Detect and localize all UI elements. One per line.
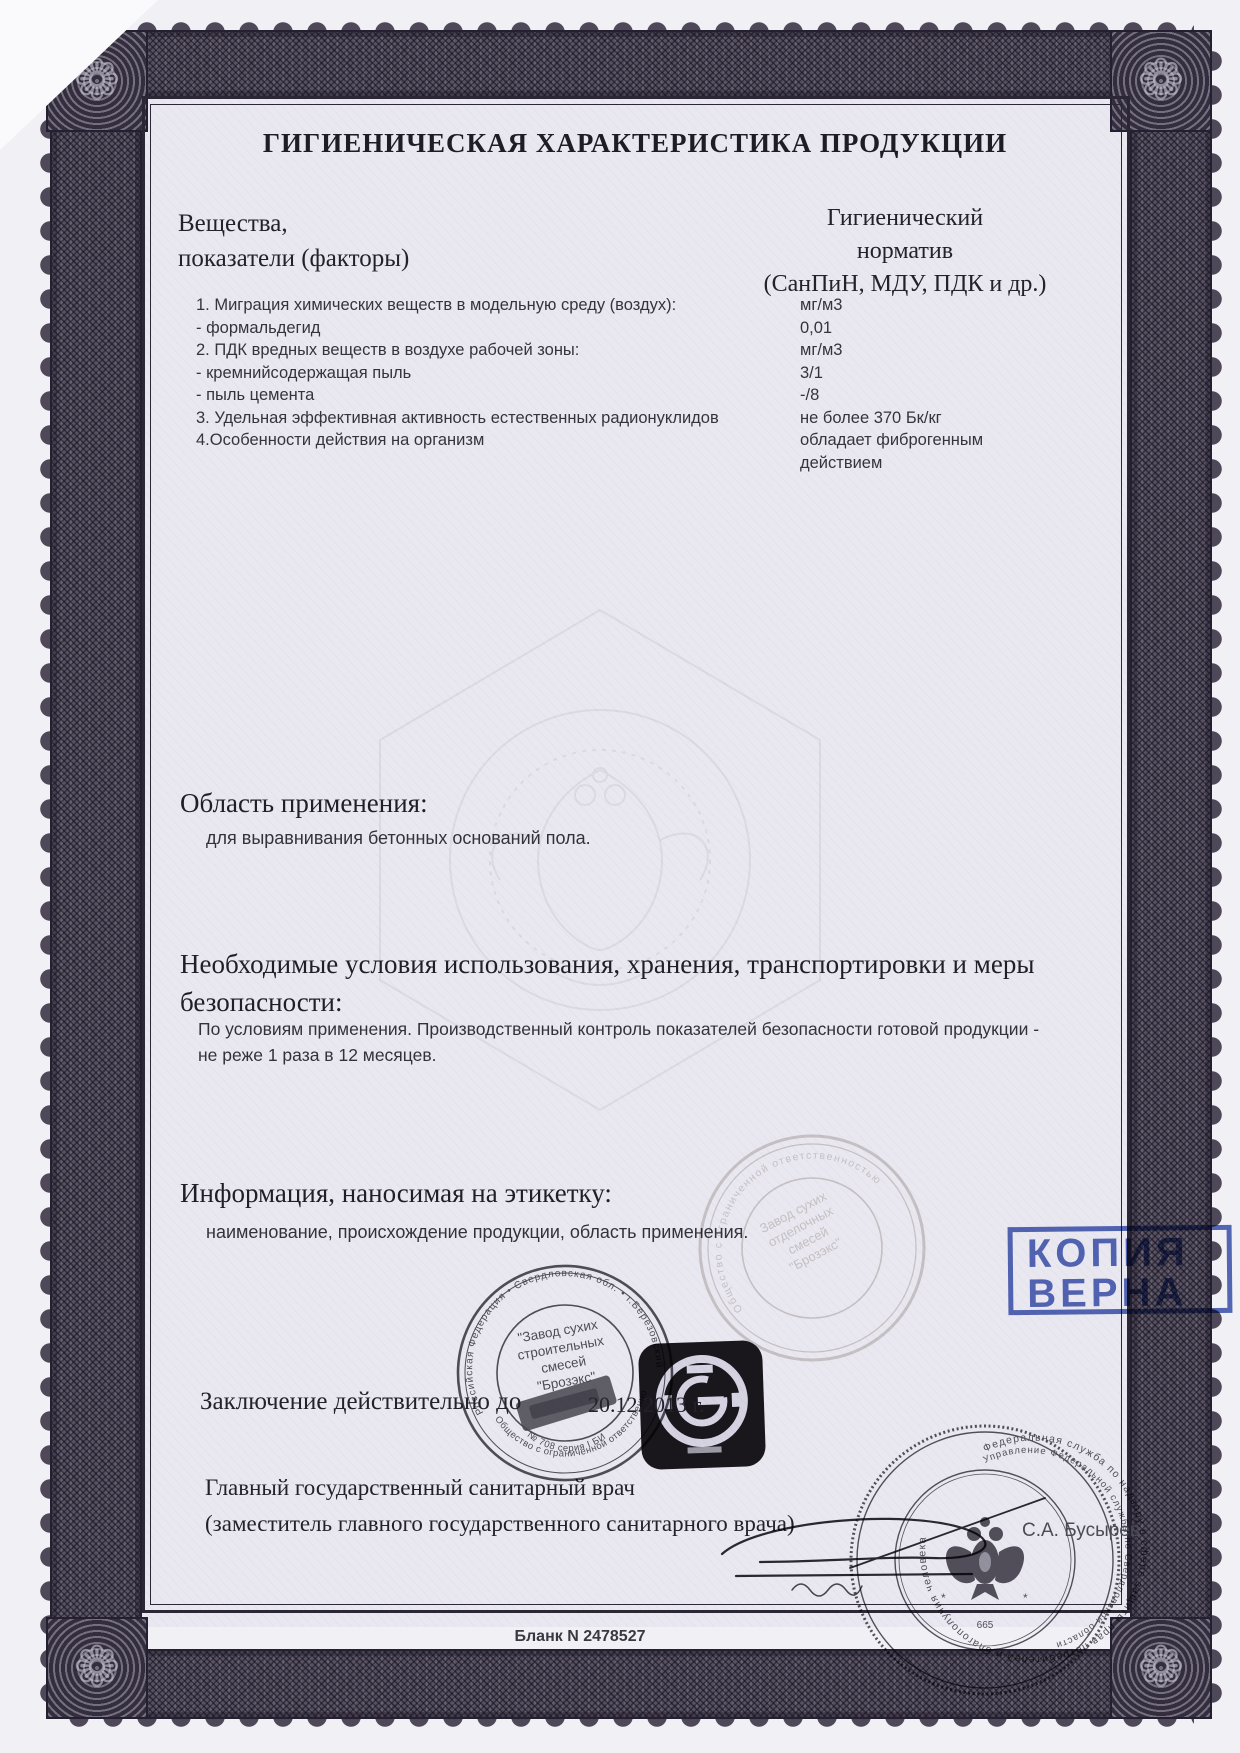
table-row: 3. Удельная эффективная активность естес… (196, 407, 1112, 430)
border-band-left (50, 30, 142, 1719)
substance-item: 3. Удельная эффективная активность естес… (196, 407, 800, 430)
border-band-top (46, 30, 1208, 98)
table-row: 1. Миграция химических веществ в модельн… (196, 294, 1112, 317)
section-conditions-heading: Необходимые условия использования, хране… (180, 945, 1090, 1021)
table-row: 4.Особенности действия на организм облад… (196, 429, 1112, 474)
border-scallop-bottom (62, 1717, 1194, 1731)
border-scallop-right (1212, 44, 1226, 1705)
copy-stamp-line2: ВЕРНА (1027, 1272, 1227, 1314)
substance-item: 2. ПДК вредных веществ в воздухе рабочей… (196, 339, 800, 362)
substance-item: - кремнийсодержащая пыль (196, 362, 800, 385)
column-header-standard: Гигиенический норматив (СанПиН, МДУ, ПДК… (700, 202, 1110, 301)
handwritten-signature (700, 1492, 1060, 1612)
table-row: - формальдегид 0,01 (196, 317, 1112, 340)
substance-item: 4.Особенности действия на организм (196, 429, 800, 474)
conclusion-valid-until-date: 20.12.2013 г. (588, 1392, 705, 1418)
section-application-heading: Область применения: (180, 788, 428, 819)
table-row: - кремнийсодержащая пыль 3/1 (196, 362, 1112, 385)
standard-value: не более 370 Бк/кг (800, 407, 1028, 430)
standard-value: обладает фиброгенным действием (800, 429, 1028, 474)
section-label-info-heading: Информация, наносимая на этикетку: (180, 1178, 612, 1209)
section-application-body: для выравнивания бетонных оснований пола… (206, 828, 591, 849)
standard-value: мг/м3 (800, 339, 1028, 362)
border-scallop-left (36, 44, 50, 1705)
substance-item: - пыль цемента (196, 384, 800, 407)
border-band-right (1130, 30, 1212, 1719)
copy-stamp-line1: КОПИЯ (1027, 1232, 1227, 1274)
substance-item: - формальдегид (196, 317, 800, 340)
standard-value: мг/м3 (800, 294, 1028, 317)
conclusion-valid-until-label: Заключение действительно до (200, 1388, 521, 1416)
standard-value: 3/1 (800, 362, 1028, 385)
signer-name: С.А. Бусырев (1022, 1520, 1140, 1542)
section-conditions-body: По условиям применения. Производственный… (198, 1016, 1058, 1068)
table-row: - пыль цемента -/8 (196, 384, 1112, 407)
standard-value: 0,01 (800, 317, 1028, 340)
rosette-icon: ❁ (1138, 1640, 1185, 1696)
border-corner-ornament: ❁ (1110, 30, 1212, 132)
rosette-icon: ❁ (1138, 53, 1185, 109)
copy-verified-stamp: КОПИЯ ВЕРНА (1008, 1225, 1233, 1315)
official-stamp-serial: 665 (977, 1620, 994, 1631)
rosette-icon: ❁ (74, 1640, 121, 1696)
standard-value: -/8 (800, 384, 1028, 407)
document-title: ГИГИЕНИЧЕСКАЯ ХАРАКТЕРИСТИКА ПРОДУКЦИИ (150, 128, 1120, 159)
column-header-substances: Вещества, показатели (факторы) (178, 206, 409, 276)
substance-item: 1. Миграция химических веществ в модельн… (196, 294, 800, 317)
substances-table: 1. Миграция химических веществ в модельн… (196, 294, 1112, 474)
table-row: 2. ПДК вредных веществ в воздухе рабочей… (196, 339, 1112, 362)
